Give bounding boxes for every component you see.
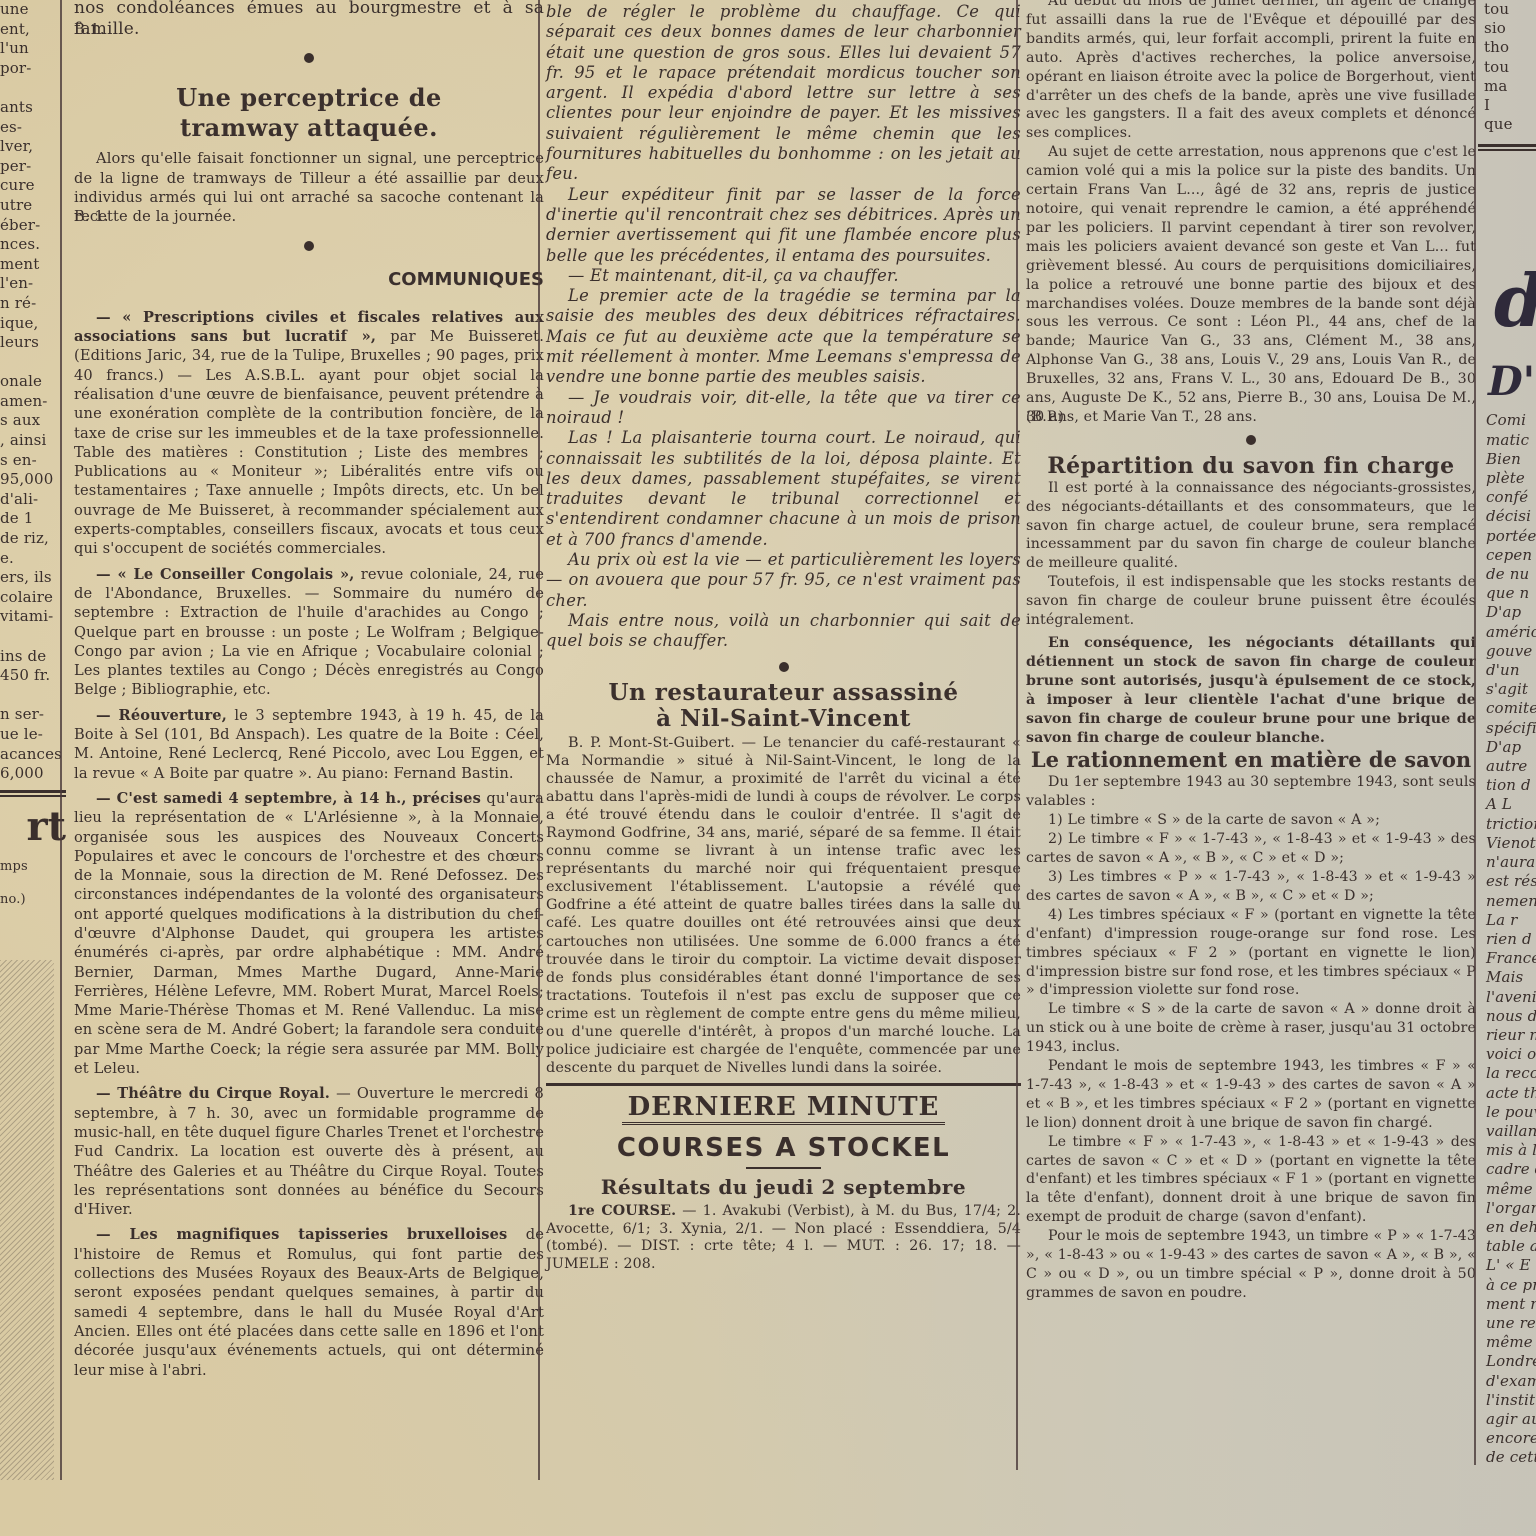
right-italic-line: vaillant <box>1486 1122 1536 1141</box>
soap-bold-paragraph: En conséquence, les négociants détaillan… <box>1026 634 1476 747</box>
left-edge-line: ue le- <box>0 725 66 745</box>
left-edge-line: éber- <box>0 216 66 236</box>
right-big-letter: d <box>1478 261 1536 341</box>
right-italic-line: décisi <box>1486 507 1536 526</box>
right-italic-line: comite <box>1486 699 1536 718</box>
left-edge-line <box>0 78 66 98</box>
ration-paragraph: Pendant le mois de septembre 1943, les t… <box>1026 1057 1476 1133</box>
right-top-line: sio <box>1484 19 1536 38</box>
communiques-heading: COMMUNIQUES <box>74 269 544 290</box>
right-top-line: que <box>1484 115 1536 134</box>
left-edge-line: por- <box>0 59 66 79</box>
left-edge-line: de 1 <box>0 509 66 529</box>
left-edge-line: colaire <box>0 588 66 608</box>
right-italic-line: à ce pro <box>1486 1276 1536 1295</box>
derniere-minute-box: DERNIERE MINUTE COURSES A STOCKEL Résult… <box>546 1092 1021 1273</box>
left-edge-line: leurs <box>0 333 66 353</box>
left-edge-line: 95,000 <box>0 470 66 490</box>
right-italic-line: nous d <box>1486 1007 1536 1026</box>
gang-paragraph: Au début du mois de juillet dernier, un … <box>1026 0 1476 143</box>
left-edge-line: ers, ils <box>0 568 66 588</box>
tram-article: Une perceptrice de tramway attaquée. Alo… <box>74 83 544 226</box>
ration-paragraphs: Le timbre « S » de la carte de savon « A… <box>1026 1000 1476 1303</box>
column-3: Au début du mois de juillet dernier, un … <box>1020 0 1482 1303</box>
communique-lead: — Théâtre du Cirque Royal. <box>96 1085 330 1102</box>
column-1: nos condoléances émues au bourgmestre et… <box>66 0 544 1386</box>
left-edge-line: amen- <box>0 392 66 412</box>
race-label: 1re COURSE. <box>568 1203 676 1219</box>
right-top-text: tousiothotoumaIque <box>1478 0 1536 134</box>
left-edge-line: d'ali- <box>0 490 66 510</box>
right-heading-fragment: D' <box>1478 359 1536 405</box>
story-paragraph: — Je voudrais voir, dit-elle, la tête qu… <box>546 388 1021 429</box>
right-italic-line: portée <box>1486 527 1536 546</box>
right-italic-line: matic <box>1486 431 1536 450</box>
right-italic-line: nemen <box>1486 892 1536 911</box>
right-italic-line: voici o <box>1486 1045 1536 1064</box>
communique-lead: — Les magnifiques tapisseries bruxellois… <box>96 1226 507 1243</box>
left-edge-line: utre <box>0 196 66 216</box>
murder-body: B. P. Mont-St-Guibert. — Le tenancier du… <box>546 734 1021 1078</box>
left-edge-line: ants <box>0 98 66 118</box>
left-edge-line: onale <box>0 372 66 392</box>
separator-dot <box>1246 435 1256 445</box>
column-rule-3 <box>1016 0 1018 1470</box>
ration-items: 1) Le timbre « S » de la carte de savon … <box>1026 811 1476 1000</box>
ration-item: 3) Les timbres « P » « 1-7-43 », « 1-8-4… <box>1026 868 1476 906</box>
right-italic-line: améric <box>1486 623 1536 642</box>
right-italic-line: n'aura <box>1486 853 1536 872</box>
right-italic-line: Comi <box>1486 411 1536 430</box>
soap-article: Répartition du savon fin charge Il est p… <box>1026 453 1476 748</box>
right-italic-line: mis à l <box>1486 1141 1536 1160</box>
communique-text: par Me Buisseret. (Editions Jaric, 34, r… <box>74 328 544 557</box>
left-edge-line: ent, <box>0 20 66 40</box>
left-double-rule-2 <box>0 795 66 797</box>
right-italic-line: Vienot, <box>1486 834 1536 853</box>
communique-text: revue coloniale, 24, rue de l'Abondance,… <box>74 566 544 699</box>
communique-item: — Les magnifiques tapisseries bruxellois… <box>74 1225 544 1379</box>
right-italic-line: Londres <box>1486 1352 1536 1371</box>
separator-dot <box>304 53 314 63</box>
right-italic-line: de cette <box>1486 1448 1536 1467</box>
left-edge-line: acances <box>0 745 66 765</box>
left-double-rule <box>0 790 66 793</box>
right-italic-line: de nu <box>1486 565 1536 584</box>
story-paragraph: Leur expéditeur finit par se lasser de l… <box>546 185 1021 266</box>
column-rule-1 <box>60 0 62 1480</box>
courses-title: COURSES A STOCKEL <box>546 1133 1021 1163</box>
ration-headline: Le rationnement en matière de savon <box>1026 747 1476 773</box>
left-edge-line: s aux <box>0 411 66 431</box>
right-italic-line: en dehor <box>1486 1218 1536 1237</box>
communique-item: — C'est samedi 4 septembre, à 14 h., pré… <box>74 789 544 1078</box>
right-italic-line: table au <box>1486 1237 1536 1256</box>
right-italic-line: agir au <box>1486 1410 1536 1429</box>
story-paragraph: ble de régler le problème du chauffage. … <box>546 2 1021 185</box>
left-edge-line: s en- <box>0 451 66 471</box>
right-italic-line: s'agit <box>1486 680 1536 699</box>
right-top-line: tho <box>1484 38 1536 57</box>
column-2: ble de régler le problème du chauffage. … <box>540 0 1027 1273</box>
left-edge-line: 6,000 <box>0 764 66 784</box>
left-edge-line: cure <box>0 176 66 196</box>
condolences-signature: B.1. <box>74 20 544 39</box>
gang-article: Au début du mois de juillet dernier, un … <box>1026 0 1476 427</box>
right-italic-line: D'ap <box>1486 738 1536 757</box>
communiques-list: — « Prescriptions civiles et fiscales re… <box>74 308 544 1380</box>
ration-paragraph: Pour le mois de septembre 1943, un timbr… <box>1026 1227 1476 1303</box>
left-edge-line <box>0 353 66 373</box>
story-paragraph: Au prix où est la vie — et particulièrem… <box>546 550 1021 611</box>
right-italic-line: spécifi <box>1486 719 1536 738</box>
communique-item: — Théâtre du Cirque Royal. — Ouverture l… <box>74 1084 544 1219</box>
ration-paragraph: Le timbre « S » de la carte de savon « A… <box>1026 1000 1476 1057</box>
left-sub-line-2: no.) <box>0 890 66 910</box>
communique-lead: — Réouverture, <box>96 707 227 724</box>
murder-article: Un restaurateur assassiné à Nil-Saint-Vi… <box>546 680 1021 1078</box>
soap-paragraph: Toutefois, il est indispensable que les … <box>1026 573 1476 630</box>
left-photo-halftone <box>0 960 54 1480</box>
ration-item: 1) Le timbre « S » de la carte de savon … <box>1026 811 1476 830</box>
murder-headline-line-1: Un restaurateur assassiné <box>546 680 1021 706</box>
story-paragraph: Las ! La plaisanterie tourna court. Le n… <box>546 428 1021 550</box>
left-edge-line: ins de <box>0 647 66 667</box>
right-italic-line: même a <box>1486 1180 1536 1199</box>
left-edge-line: , ainsi <box>0 431 66 451</box>
communique-text: qu'aura lieu la représentation de « L'Ar… <box>74 790 544 1077</box>
story-paragraph: Mais entre nous, voilà un charbonnier qu… <box>546 611 1021 652</box>
ration-item: 2) Le timbre « F » « 1-7-43 », « 1-8-43 … <box>1026 830 1476 868</box>
left-edge-line <box>0 686 66 706</box>
communique-item: — « Prescriptions civiles et fiscales re… <box>74 308 544 559</box>
ration-article: Le rationnement en matière de savon Du 1… <box>1026 747 1476 1302</box>
right-italic-line: le pouv <box>1486 1103 1536 1122</box>
charbonnier-story: ble de régler le problème du chauffage. … <box>546 2 1021 652</box>
right-italic-text: ComimaticBienplèteconfédécisiportéecepen… <box>1478 411 1536 1467</box>
right-italic-line: une rep <box>1486 1314 1536 1333</box>
soap-paragraph: Il est porté à la connaissance des négoc… <box>1026 479 1476 574</box>
right-top-line: tou <box>1484 0 1536 19</box>
right-top-line: ma <box>1484 77 1536 96</box>
right-italic-line: plète <box>1486 469 1536 488</box>
communique-text: de l'histoire de Remus et Romulus, qui f… <box>74 1226 544 1378</box>
soap-headline: Répartition du savon fin charge <box>1026 453 1476 479</box>
ration-item: 4) Les timbres spéciaux « F » (portant e… <box>1026 906 1476 1001</box>
separator-dot <box>779 662 789 672</box>
short-rule <box>746 1167 821 1169</box>
derniere-minute-rule <box>546 1083 1021 1086</box>
right-italic-line: l'organis <box>1486 1199 1536 1218</box>
column-rule-4 <box>1474 0 1476 1465</box>
communique-lead: — C'est samedi 4 septembre, à 14 h., pré… <box>96 790 481 807</box>
left-edge-line: ment <box>0 255 66 275</box>
right-italic-line: Mais <box>1486 968 1536 987</box>
right-italic-line: d'examin <box>1486 1372 1536 1391</box>
right-top-line: I <box>1484 96 1536 115</box>
tram-headline: Une perceptrice de tramway attaquée. <box>74 83 544 143</box>
communique-item: — Réouverture, le 3 septembre 1943, à 19… <box>74 706 544 783</box>
race-results: 1re COURSE. — 1. Avakubi (Verbist), à M.… <box>546 1203 1021 1273</box>
left-edge-line: n ré- <box>0 294 66 314</box>
right-italic-line: L' « E <box>1486 1256 1536 1275</box>
gang-paragraph: Au sujet de cette arrestation, nous appr… <box>1026 143 1476 427</box>
communique-text: — Ouverture le mercredi 8 septembre, à 7… <box>74 1085 544 1218</box>
left-edge-line: une <box>0 0 66 20</box>
right-italic-line: France <box>1486 949 1536 968</box>
right-italic-line: d'un <box>1486 661 1536 680</box>
left-edge-line: lver, <box>0 137 66 157</box>
right-italic-line: encore u <box>1486 1429 1536 1448</box>
story-paragraph: Le premier acte de la tragédie se termin… <box>546 286 1021 387</box>
right-italic-line: tion d <box>1486 776 1536 795</box>
left-edge-text: uneent,l'unpor-antses-lver,per-cureutreé… <box>0 0 66 784</box>
right-italic-line: confé <box>1486 488 1536 507</box>
communique-lead: — « Le Conseiller Congolais », <box>96 566 355 583</box>
murder-headline-line-2: à Nil-Saint-Vincent <box>546 706 1021 732</box>
ration-intro: Du 1er septembre 1943 au 30 septembre 19… <box>1026 773 1476 811</box>
right-italic-line: gouve <box>1486 642 1536 661</box>
left-edge-line <box>0 627 66 647</box>
right-double-rule-2 <box>1478 149 1536 151</box>
story-paragraph: — Et maintenant, dit-il, ça va chauffer. <box>546 266 1021 286</box>
left-edge-line: nces. <box>0 235 66 255</box>
right-italic-line: ment re <box>1486 1295 1536 1314</box>
right-italic-line: rieur n <box>1486 1026 1536 1045</box>
right-italic-line: D'ap <box>1486 603 1536 622</box>
left-edge-line: vitami- <box>0 607 66 627</box>
right-italic-line: cadre d <box>1486 1160 1536 1179</box>
right-italic-line: l'institut <box>1486 1391 1536 1410</box>
left-edge-line: es- <box>0 118 66 138</box>
right-italic-line: rien d <box>1486 930 1536 949</box>
soap-paragraphs: Il est porté à la connaissance des négoc… <box>1026 479 1476 630</box>
left-edge-line: ique, <box>0 314 66 334</box>
ration-paragraph: Le timbre « F » « 1-7-43 », « 1-8-43 » e… <box>1026 1133 1476 1228</box>
right-italic-line: Bien <box>1486 450 1536 469</box>
right-italic-line: triction <box>1486 815 1536 834</box>
results-subtitle: Résultats du jeudi 2 septembre <box>546 1175 1021 1199</box>
right-italic-line: A L <box>1486 795 1536 814</box>
left-edge-line: l'en- <box>0 274 66 294</box>
right-italic-line: la reco <box>1486 1064 1536 1083</box>
right-edge-column: tousiothotoumaIque d D' ComimaticBienplè… <box>1478 0 1536 1536</box>
left-edge-line: e. <box>0 549 66 569</box>
left-edge-line: l'un <box>0 39 66 59</box>
right-top-line: tou <box>1484 58 1536 77</box>
right-double-rule <box>1478 144 1536 147</box>
left-edge-line: 450 fr. <box>0 666 66 686</box>
right-italic-line: est rés <box>1486 872 1536 891</box>
right-italic-line: La r <box>1486 911 1536 930</box>
left-heading-fragment: rt <box>0 805 66 849</box>
left-sub-line-1: mps <box>0 857 66 877</box>
left-edge-line: per- <box>0 157 66 177</box>
right-italic-line: même pl <box>1486 1333 1536 1352</box>
left-edge-line: n ser- <box>0 705 66 725</box>
right-italic-line: autre <box>1486 757 1536 776</box>
right-italic-line: que n <box>1486 584 1536 603</box>
right-italic-line: acte th <box>1486 1084 1536 1103</box>
right-italic-line: cepen <box>1486 546 1536 565</box>
right-italic-line: l'avenir <box>1486 988 1536 1007</box>
derniere-minute-banner: DERNIERE MINUTE <box>622 1092 946 1125</box>
communique-item: — « Le Conseiller Congolais », revue col… <box>74 565 544 700</box>
separator-dot <box>304 241 314 251</box>
left-edge-line: de riz, <box>0 529 66 549</box>
